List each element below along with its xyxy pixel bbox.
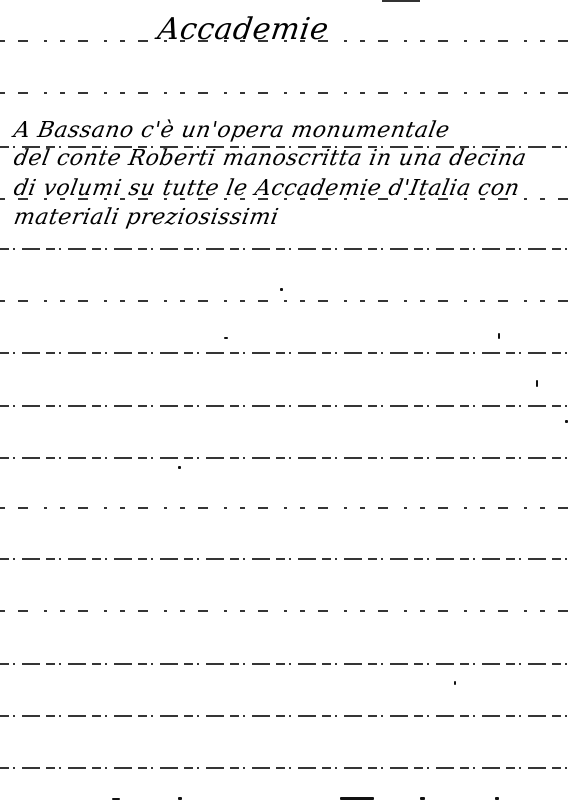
ruled-line	[0, 352, 570, 354]
note-line-1: A Bassano c'è un'opera monumentale	[12, 118, 452, 143]
ruled-line	[0, 715, 570, 717]
note-line-4: materiali preziosissimi	[12, 205, 281, 230]
ink-speck	[536, 380, 538, 387]
ink-speck	[224, 337, 228, 339]
ruled-line	[0, 457, 570, 459]
ruled-line	[0, 767, 570, 769]
ruled-line	[0, 558, 570, 560]
index-card: Accademie A Bassano c'è un'opera monumen…	[0, 0, 570, 800]
note-line-2: del conte Roberti manoscritta in una dec…	[12, 146, 529, 171]
ink-speck	[454, 681, 456, 685]
ink-speck	[178, 466, 181, 469]
note-line-3: di volumi su tutte le Accademie d'Italia…	[12, 176, 522, 201]
ruled-line	[0, 663, 570, 665]
card-title: Accademie	[156, 12, 331, 47]
ruled-line	[0, 92, 570, 94]
ink-speck	[498, 333, 500, 339]
ruled-line	[0, 248, 570, 250]
ruled-line	[0, 507, 570, 509]
ruled-line	[0, 300, 570, 302]
ruled-line	[0, 610, 570, 612]
ruled-line	[0, 405, 570, 407]
card-edge-mark	[382, 0, 420, 2]
ink-speck	[280, 288, 283, 291]
ink-speck	[565, 420, 568, 423]
